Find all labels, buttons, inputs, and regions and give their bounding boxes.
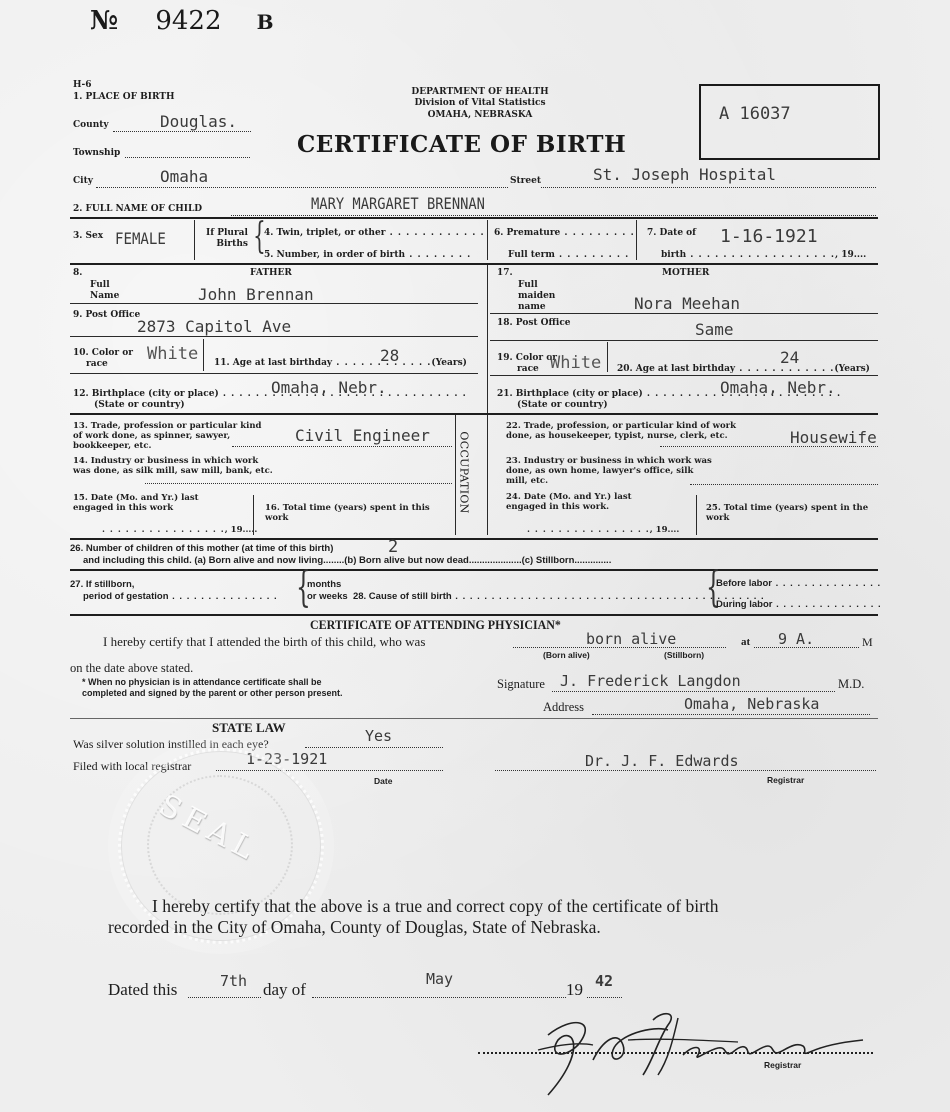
father-heading: FATHER xyxy=(250,268,292,279)
divider xyxy=(696,495,697,535)
dob-year-suffix: , 19.... xyxy=(835,250,866,260)
father-birthplace-line1: 12. Birthplace (city or place) . . . . .… xyxy=(73,389,467,400)
father-post-office-value[interactable]: 2873 Capitol Ave xyxy=(137,317,291,336)
mother-name-label-1: Full xyxy=(518,280,555,291)
divider xyxy=(490,313,878,314)
physician-signature-value: J. Frederick Langdon xyxy=(560,672,741,690)
mother-trade-label: 22. Trade, profession, or particular kin… xyxy=(506,421,756,441)
father-name-value[interactable]: John Brennan xyxy=(198,285,314,304)
certificate-number: № 9422 B xyxy=(90,6,273,36)
divider xyxy=(490,340,878,341)
birth-status-value: born alive xyxy=(586,630,676,648)
day-field[interactable]: 7th xyxy=(188,983,261,998)
children-label: 26. Number of children of this mother (a… xyxy=(70,544,333,554)
father-race-label-2: race xyxy=(73,359,133,370)
gestation-line2: period of gestation . . . . . . . . . . … xyxy=(70,592,278,602)
column-divider xyxy=(487,265,488,535)
twin-label: 4. Twin, triplet, or other xyxy=(264,228,385,238)
divider xyxy=(253,495,254,535)
street-field[interactable]: St. Joseph Hospital xyxy=(541,172,876,188)
mother-race-value[interactable]: White xyxy=(550,353,601,373)
file-number-box: A 16037 xyxy=(699,84,880,160)
father-birthplace-value[interactable]: Omaha, Nebr. xyxy=(271,378,387,397)
form-code: H-6 xyxy=(73,80,92,91)
file-number: A 16037 xyxy=(719,104,791,124)
dob-value[interactable]: 1-16-1921 xyxy=(720,226,818,247)
divider xyxy=(70,263,878,265)
street-value: St. Joseph Hospital xyxy=(593,165,776,184)
dob-line: birth . . . . . . . . . . . . . . . . . … xyxy=(661,250,866,261)
date-stated: on the date above stated. xyxy=(70,661,193,676)
mother-birthplace-value[interactable]: Omaha, Nebr. xyxy=(720,378,836,397)
twin-field[interactable]: 4. Twin, triplet, or other . . . . . . .… xyxy=(264,228,483,239)
registrar-signature[interactable] xyxy=(478,1000,878,1100)
mother-last-date-field[interactable]: . . . . . . . . . . . . . . . ., 19.... xyxy=(527,525,679,535)
mother-birthplace-label-2: (State or country) xyxy=(497,400,841,411)
mother-post-office-label: 18. Post Office xyxy=(497,318,571,329)
father-name-label-1: Full xyxy=(90,280,119,291)
place-of-birth-heading: 1. PLACE OF BIRTH xyxy=(73,92,174,103)
mother-name-label: Full maiden name xyxy=(518,280,555,313)
division-name: Division of Vital Statistics xyxy=(380,98,580,109)
before-labor-label: Before labor xyxy=(716,578,772,589)
local-registrar-field[interactable]: Dr. J. F. Edwards xyxy=(495,758,876,771)
cause-field[interactable]: or weeks 28. Cause of still birth . . . … xyxy=(307,592,765,602)
premature-label: 6. Premature xyxy=(494,228,560,238)
fullterm-field[interactable]: Full term . . . . . . . . . xyxy=(508,250,629,261)
at-label: at xyxy=(741,636,750,648)
mother-heading: MOTHER xyxy=(662,268,709,279)
county-value: Douglas. xyxy=(160,112,237,131)
stillborn-caption: (Stillborn) xyxy=(664,650,704,660)
order-label: 5. Number, in order of birth xyxy=(264,250,405,260)
year-prefix: 19 xyxy=(566,980,583,1000)
mother-last-date-suffix: , 19.... xyxy=(650,525,680,535)
divider xyxy=(203,339,204,371)
number-prefix: № xyxy=(90,6,118,36)
divider xyxy=(607,342,608,372)
series-letter: B xyxy=(257,10,274,34)
am-suffix: M xyxy=(862,635,873,650)
mother-name-label-3: name xyxy=(518,302,555,313)
plural-label-line2: Births xyxy=(206,239,248,250)
department-name: DEPARTMENT OF HEALTH xyxy=(380,87,580,98)
dob-label-2: birth xyxy=(661,250,686,260)
divider xyxy=(70,217,878,219)
department-block: DEPARTMENT OF HEALTH Division of Vital S… xyxy=(380,87,580,121)
weeks-label: or weeks xyxy=(307,591,348,602)
divider xyxy=(70,336,478,337)
birth-time-value: 9 A. xyxy=(778,630,814,648)
father-birthplace-label: 12. Birthplace (city or place) . . . . .… xyxy=(73,389,467,411)
date-caption: Date xyxy=(374,776,392,786)
physician-address-value: Omaha, Nebraska xyxy=(684,695,819,713)
divider xyxy=(636,220,637,260)
city-value: Omaha xyxy=(160,167,208,186)
father-name-label: Full Name xyxy=(90,280,119,302)
divider xyxy=(70,538,878,540)
mother-race-label-2: race xyxy=(497,364,557,375)
certification-line-1: I hereby certify that the above is a tru… xyxy=(152,896,719,917)
mother-post-office-value[interactable]: Same xyxy=(695,320,734,339)
year-value: 42 xyxy=(595,972,613,990)
cause-label: 28. Cause of still birth xyxy=(353,591,452,602)
child-name-label: 2. FULL NAME OF CHILD xyxy=(73,204,202,215)
father-last-date-field[interactable]: . . . . . . . . . . . . . . . ., 19..... xyxy=(102,525,257,535)
gestation-label[interactable]: 27. If stillborn, period of gestation . … xyxy=(70,580,278,602)
divider xyxy=(455,415,456,535)
child-name-value: MARY MARGARET BRENNAN xyxy=(311,194,485,213)
dob-label: 7. Date of xyxy=(647,228,696,239)
township-label: Township xyxy=(73,148,120,159)
father-age-unit: (Years) xyxy=(431,358,467,368)
address-label: Address xyxy=(543,700,584,715)
mother-number: 17. xyxy=(497,268,513,279)
physician-heading: CERTIFICATE OF ATTENDING PHYSICIAN* xyxy=(310,617,561,633)
fullterm-label: Full term xyxy=(508,250,555,260)
order-field[interactable]: 5. Number, in order of birth . . . . . .… xyxy=(264,250,483,261)
physician-footnote: * When no physician is in attendance cer… xyxy=(82,677,360,699)
mother-age-field[interactable]: 20. Age at last birthday . . . . . . . .… xyxy=(617,364,870,375)
father-trade-value: Civil Engineer xyxy=(295,426,430,445)
father-name-label-2: Name xyxy=(90,291,119,302)
township-field[interactable] xyxy=(125,145,250,158)
street-label: Street xyxy=(510,176,541,187)
silver-solution-value: Yes xyxy=(365,727,392,745)
mother-industry-field[interactable] xyxy=(690,478,878,485)
months-label: months xyxy=(307,580,341,590)
father-age-label: 11. Age at last birthday xyxy=(214,358,332,368)
mother-age-unit: (Years) xyxy=(834,364,870,374)
divider xyxy=(490,375,878,376)
born-alive-caption: (Born alive) xyxy=(543,650,590,660)
physician-signature-field[interactable]: J. Frederick Langdon xyxy=(552,677,835,692)
before-labor-field[interactable]: Before labor . . . . . . . . . . . . . .… xyxy=(716,579,881,589)
father-trade-field[interactable]: Civil Engineer xyxy=(232,438,452,447)
signature-label: Signature xyxy=(497,677,545,692)
occupation-label: OCCUPATION xyxy=(458,421,471,525)
registrar-caption: Registrar xyxy=(764,1060,801,1070)
birth-time-field[interactable]: 9 A. xyxy=(754,634,859,648)
mother-last-date-label: 24. Date (Mo. and Yr.) last engaged in t… xyxy=(506,492,666,512)
mother-age-value: 24 xyxy=(780,348,799,367)
county-field[interactable]: Douglas. xyxy=(113,116,251,132)
children-count-value[interactable]: 2 xyxy=(388,537,398,557)
month-field[interactable]: May xyxy=(312,983,566,998)
department-location: OMAHA, NEBRASKA xyxy=(380,109,580,121)
local-registrar-value: Dr. J. F. Edwards xyxy=(585,752,739,770)
dated-label: Dated this xyxy=(108,980,177,1000)
day-of-label: day of xyxy=(263,980,306,1000)
registrar-signature-line xyxy=(478,1052,873,1054)
local-registrar-caption: Registrar xyxy=(767,775,804,785)
signature-icon xyxy=(478,1000,878,1100)
divider xyxy=(487,220,488,260)
father-last-date-label: 15. Date (Mo. and Yr.) last engaged in t… xyxy=(73,493,213,513)
divider xyxy=(70,373,478,374)
during-labor-label: During labor xyxy=(716,599,772,610)
father-number: 8. xyxy=(73,268,82,279)
father-post-office-label: 9. Post Office xyxy=(73,310,140,321)
children-breakdown[interactable]: and including this child. (a) Born alive… xyxy=(83,556,611,566)
county-label: County xyxy=(73,120,109,131)
divider xyxy=(70,718,878,719)
plural-label-line1: If Plural xyxy=(206,228,248,239)
father-industry-label: 14. Industry or business in which work w… xyxy=(73,456,273,476)
year-field[interactable]: 42 xyxy=(587,983,622,998)
document-title: CERTIFICATE OF BIRTH xyxy=(297,131,626,158)
state-law-heading: STATE LAW xyxy=(212,720,286,736)
divider xyxy=(194,220,195,260)
mother-total-time-label[interactable]: 25. Total time (years) spent in the work xyxy=(706,503,876,523)
city-label: City xyxy=(73,176,93,187)
divider xyxy=(70,569,878,571)
md-suffix: M.D. xyxy=(838,677,864,692)
city-field[interactable]: Omaha xyxy=(96,172,508,188)
month-value: May xyxy=(426,970,453,988)
during-labor-field[interactable]: During labor . . . . . . . . . . . . . .… xyxy=(716,600,882,610)
birth-status-field[interactable]: born alive xyxy=(513,634,726,648)
father-race-value[interactable]: White xyxy=(147,344,198,364)
physician-address-field[interactable]: Omaha, Nebraska xyxy=(592,700,870,715)
number-value: 9422 xyxy=(155,6,221,36)
mother-race-label-1: 19. Color or xyxy=(497,353,557,364)
mother-race-label: 19. Color or race xyxy=(497,353,557,375)
father-industry-field[interactable] xyxy=(145,477,452,484)
father-age-field[interactable]: 11. Age at last birthday . . . . . . . .… xyxy=(214,358,467,369)
divider xyxy=(70,303,478,304)
sex-label: 3. Sex xyxy=(73,231,103,242)
mother-name-label-2: maiden xyxy=(518,291,555,302)
child-name-field[interactable]: MARY MARGARET BRENNAN xyxy=(231,200,876,216)
silver-solution-field[interactable]: Yes xyxy=(305,735,443,748)
plural-births-label: If Plural Births xyxy=(206,228,248,250)
divider xyxy=(70,614,878,616)
mother-industry-label: 23. Industry or business in which work w… xyxy=(506,456,716,486)
certification-line-2: recorded in the City of Omaha, County of… xyxy=(108,917,601,938)
day-value: 7th xyxy=(220,972,247,990)
father-race-label: 10. Color or race xyxy=(73,348,133,370)
premature-field[interactable]: 6. Premature . . . . . . . . . xyxy=(494,228,635,239)
sex-value[interactable]: FEMALE xyxy=(115,229,166,248)
gestation-label-1: 27. If stillborn, xyxy=(70,580,278,590)
mother-trade-value: Housewife xyxy=(790,428,877,447)
mother-age-label: 20. Age at last birthday xyxy=(617,364,735,374)
mother-trade-field[interactable]: Housewife xyxy=(660,440,878,447)
father-age-value: 28 xyxy=(380,346,399,365)
mother-name-value[interactable]: Nora Meehan xyxy=(634,294,740,313)
physician-statement: I hereby certify that I attended the bir… xyxy=(103,634,425,650)
father-race-label-1: 10. Color or xyxy=(73,348,133,359)
divider xyxy=(70,413,878,415)
father-birthplace-label-2: (State or country) xyxy=(73,400,467,411)
father-total-time-label[interactable]: 16. Total time (years) spent in this wor… xyxy=(265,503,445,523)
